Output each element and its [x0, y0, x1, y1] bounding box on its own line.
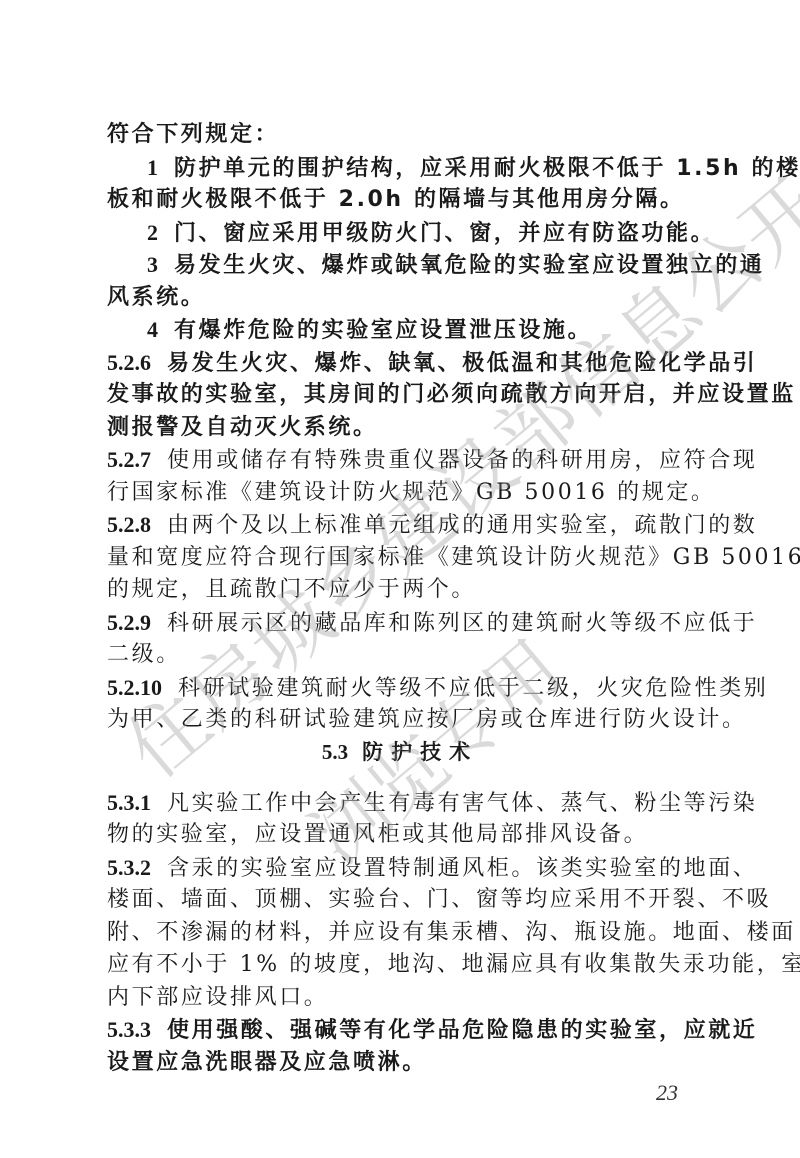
- section-heading: 5.3防护技术: [0, 736, 800, 766]
- text-line: 楼面、墙面、顶棚、实验台、门、窗等均应采用不开裂、不吸: [107, 884, 697, 916]
- clause-5-3-3: 5.3.3使用强酸、强碱等有化学品危险隐患的实验室，应就近: [107, 1014, 697, 1046]
- text-line: 量和宽度应符合现行国家标准《建筑设计防火规范》GB 50016: [107, 542, 697, 574]
- text-line: 测报警及自动灭火系统。: [107, 412, 697, 444]
- clause-5-2-10: 5.2.10科研试验建筑耐火等级不应低于二级，火灾危险性类别: [107, 672, 697, 704]
- clause-5-3-2: 5.3.2含汞的实验室应设置特制通风柜。该类实验室的地面、: [107, 852, 697, 884]
- clause-item-1: 1防护单元的围护结构，应采用耐火极限不低于 1.5h 的楼: [147, 152, 697, 184]
- clause-5-2-8: 5.2.8由两个及以上标准单元组成的通用实验室，疏散门的数: [107, 509, 697, 541]
- clause-item-2: 2门、窗应采用甲级防火门、窗，并应有防盗功能。: [147, 217, 697, 249]
- text-line: 板和耐火极限不低于 2.0h 的隔墙与其他用房分隔。: [107, 184, 697, 216]
- clause-5-2-6: 5.2.6易发生火灾、爆炸、缺氧、极低温和其他危险化学品引: [107, 347, 697, 379]
- clause-item-3: 3易发生火灾、爆炸或缺氧危险的实验室应设置独立的通: [147, 249, 697, 281]
- clause-item-4: 4有爆炸危险的实验室应设置泄压设施。: [147, 314, 697, 346]
- text-line: 行国家标准《建筑设计防火规范》GB 50016 的规定。: [107, 477, 697, 509]
- text-line: 风系统。: [107, 282, 697, 314]
- document-page: 符合下列规定： 1防护单元的围护结构，应采用耐火极限不低于 1.5h 的楼 板和…: [0, 0, 800, 1158]
- section-title: 防护技术: [362, 740, 478, 764]
- text-line: 符合下列规定：: [107, 119, 697, 151]
- page-number: 23: [656, 1080, 678, 1106]
- text-line: 附、不渗漏的材料，并应设有集汞槽、沟、瓶设施。地面、楼面: [107, 917, 697, 949]
- text-line: 二级。: [107, 639, 697, 671]
- clause-5-2-9: 5.2.9科研展示区的藏品库和陈列区的建筑耐火等级不应低于: [107, 607, 697, 639]
- text-line: 为甲、乙类的科研试验建筑应按厂房或仓库进行防火设计。: [107, 704, 697, 736]
- text-line: 内下部应设排风口。: [107, 982, 697, 1014]
- text-line: 设置应急洗眼器及应急喷淋。: [107, 1047, 697, 1079]
- section-number: 5.3: [322, 740, 348, 764]
- text-line: 物的实验室，应设置通风柜或其他局部排风设备。: [107, 819, 697, 851]
- clause-5-3-1: 5.3.1凡实验工作中会产生有毒有害气体、蒸气、粉尘等污染: [107, 787, 697, 819]
- clause-5-2-7: 5.2.7使用或储存有特殊贵重仪器设备的科研用房，应符合现: [107, 444, 697, 476]
- text-line: 的规定，且疏散门不应少于两个。: [107, 574, 697, 606]
- text-line: 应有不小于 1% 的坡度，地沟、地漏应具有收集散失汞功能，室: [107, 949, 697, 981]
- text-line: 发事故的实验室，其房间的门必须向疏散方向开启，并应设置监: [107, 379, 697, 411]
